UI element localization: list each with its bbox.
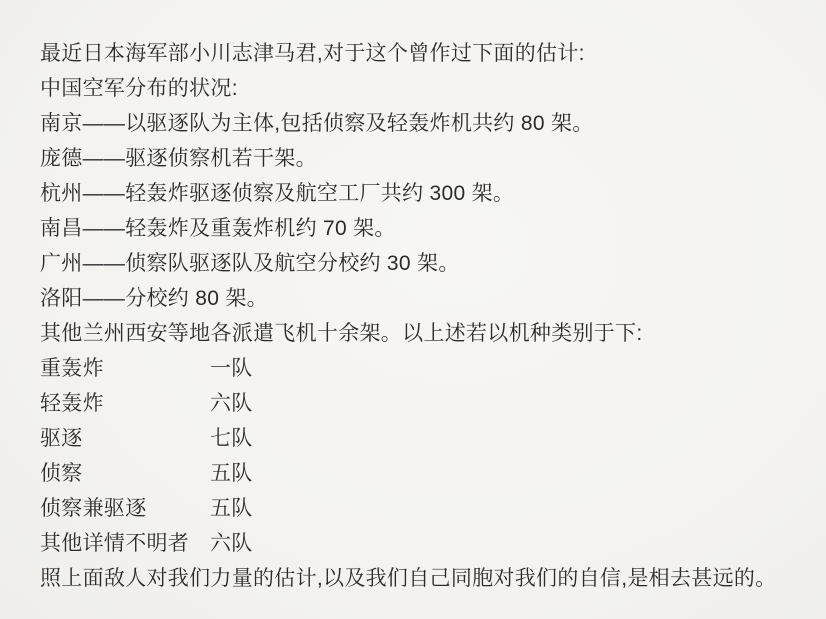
closing-line: 照上面敌人对我们力量的估计,以及我们自己同胞对我们的自信,是相去甚远的。 [40,561,816,596]
squadron-count-value: 五队 [210,456,253,491]
table-row: 侦察兼驱逐 五队 [40,491,816,526]
distribution-line-nanjing: 南京——以驱逐队为主体,包括侦察及轻轰炸机共约 80 架。 [40,106,816,141]
table-row: 其他详情不明者 六队 [40,526,816,561]
distribution-line-luoyang: 洛阳——分校约 80 架。 [40,281,816,316]
aircraft-type-label: 驱逐 [40,421,210,456]
squadron-count-value: 六队 [210,386,253,421]
intro-line-distribution-heading: 中国空军分布的状况: [40,71,816,106]
table-row: 侦察 五队 [40,456,816,491]
table-row: 驱逐 七队 [40,421,816,456]
table-row: 轻轰炸 六队 [40,386,816,421]
scanned-document-page: 最近日本海军部小川志津马君,对于这个曾作过下面的估计: 中国空军分布的状况: 南… [0,0,826,619]
squadron-count-value: 一队 [210,351,253,386]
squadron-count-value: 五队 [210,491,253,526]
distribution-line-guangzhou: 广州——侦察队驱逐队及航空分校约 30 架。 [40,246,816,281]
aircraft-type-label: 轻轰炸 [40,386,210,421]
table-row: 重轰炸 一队 [40,351,816,386]
distribution-line-hangzhou: 杭州——轻轰炸驱逐侦察及航空工厂共约 300 架。 [40,176,816,211]
squadron-count-value: 七队 [210,421,253,456]
distribution-line-others: 其他兰州西安等地各派遣飞机十余架。以上述若以机种类别于下: [40,316,816,351]
aircraft-type-label: 其他详情不明者 [40,526,210,561]
intro-line-estimate: 最近日本海军部小川志津马君,对于这个曾作过下面的估计: [40,36,816,71]
aircraft-type-label: 侦察 [40,456,210,491]
distribution-line-nanchang: 南昌——轻轰炸及重轰炸机约 70 架。 [40,211,816,246]
squadron-count-value: 六队 [210,526,253,561]
aircraft-type-label: 重轰炸 [40,351,210,386]
document-text-block: 最近日本海军部小川志津马君,对于这个曾作过下面的估计: 中国空军分布的状况: 南… [40,36,816,596]
distribution-line-pangde: 庞德——驱逐侦察机若干架。 [40,141,816,176]
aircraft-type-label: 侦察兼驱逐 [40,491,210,526]
